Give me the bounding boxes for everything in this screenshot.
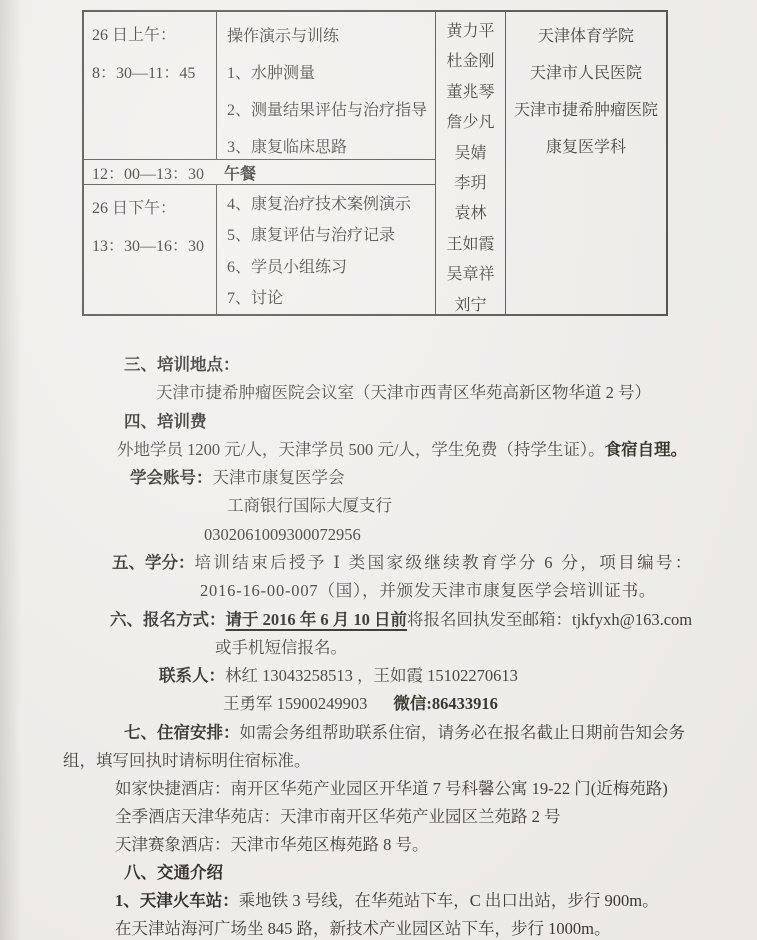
section7-heading: 七、住宿安排：如需会务组帮助联系住宿，请务必在报名截止日期前告知会务 — [124, 723, 685, 743]
lecturers-column: 黄力平 杜金刚 董兆琴 詹少凡 吴婧 李玥 袁林 王如霞 吴章祥 刘宁 — [435, 12, 506, 314]
afternoon-item: 6、学员小组练习 — [227, 252, 435, 283]
training-schedule-table: 26 日上午： 8：30—11：45 操作演示与训练 1、水肿测量 2、测量结果… — [82, 10, 668, 316]
registration-deadline: 请于 2016 年 6 月 10 日前 — [226, 610, 408, 629]
wechat-number: 微信:86433916 — [393, 694, 498, 713]
fee-text: 外地学员 1200 元/人，天津学员 500 元/人，学生免费（持学生证）。 — [117, 440, 605, 459]
contacts-line-1: 联系人：林红 13043258513 ，王如霞 15102270613 — [159, 666, 518, 686]
institution-name: 康复医学科 — [506, 129, 666, 166]
transport-line-2: 在天津站海河广场坐 845 路，新技术产业园区站下车，步行 1000m。 — [115, 919, 610, 939]
transport-line-1: 1、天津火车站：乘地铁 3 号线，在华苑站下车，C 出口出站，步行 900m。 — [115, 891, 659, 911]
registration-email-text: 将报名回执发至邮箱：tjkfyxh@163.com — [407, 610, 692, 629]
sms-registration-line: 或手机短信报名。 — [215, 638, 347, 658]
section6-title: 六、报名方式： — [110, 610, 226, 629]
account-number-line: 0302061009300072956 — [204, 525, 361, 545]
section6-heading: 六、报名方式：请于 2016 年 6 月 10 日前将报名回执发至邮箱：tjkf… — [110, 610, 692, 630]
contact-phones-2: 王勇军 15900249903 — [223, 694, 367, 713]
morning-hours: 8：30—11：45 — [92, 55, 216, 93]
morning-item: 操作演示与训练 — [227, 18, 435, 55]
lecturer-name: 李玥 — [436, 169, 505, 199]
lunch-hours: 12：00—13：30 — [84, 161, 217, 184]
contacts-label: 联系人： — [159, 666, 225, 685]
hotel-line-3: 天津赛象酒店：天津市华苑区梅苑路 8 号。 — [115, 835, 429, 855]
afternoon-item: 4、康复治疗技术案例演示 — [227, 189, 435, 220]
morning-items-cell: 操作演示与训练 1、水肿测量 2、测量结果评估与治疗指导 3、康复临床思路 — [217, 12, 435, 159]
bank-line: 工商银行国际大厦支行 — [227, 496, 392, 516]
lecturer-name: 董兆琴 — [436, 78, 505, 108]
scanned-document-page: 26 日上午： 8：30—11：45 操作演示与训练 1、水肿测量 2、测量结果… — [0, 0, 757, 940]
lecturer-name: 吴婧 — [436, 139, 505, 169]
section3-address: 天津市捷希肿瘤医院会议室（天津市西青区华苑高新区物华道 2 号） — [156, 383, 651, 403]
section3-heading: 三、培训地点： — [124, 355, 240, 375]
schedule-left-columns: 26 日上午： 8：30—11：45 操作演示与训练 1、水肿测量 2、测量结果… — [84, 12, 435, 314]
lodging-text-1: 如需会务组帮助联系住宿，请务必在报名截止日期前告知会务 — [240, 723, 686, 742]
institution-name: 天津市人民医院 — [506, 55, 666, 92]
section4-title: 四、培训费 — [124, 412, 207, 431]
contacts-line-2: 王勇军 15900249903微信:86433916 — [223, 694, 498, 714]
section4-fee-line: 外地学员 1200 元/人，天津学员 500 元/人，学生免费（持学生证）。食宿… — [117, 440, 687, 460]
lecturer-name: 黄力平 — [436, 17, 505, 47]
morning-date: 26 日上午： — [92, 17, 216, 55]
afternoon-items-cell: 4、康复治疗技术案例演示 5、康复评估与治疗记录 6、学员小组练习 7、讨论 — [217, 185, 435, 314]
section8-heading: 八、交通介绍 — [124, 863, 223, 883]
schedule-row-morning: 26 日上午： 8：30—11：45 操作演示与训练 1、水肿测量 2、测量结果… — [84, 12, 435, 160]
institution-name: 天津体育学院 — [506, 18, 666, 55]
contact-phones-1: 林红 13043258513 ，王如霞 15102270613 — [225, 666, 518, 685]
project-number-line: 2016-16-00-007（国），并颁发天津市康复医学会培训证书。 — [200, 581, 656, 601]
hotel-line-1: 如家快捷酒店：南开区华苑产业园区开华道 7 号科馨公寓 19-22 门(近梅苑路… — [115, 779, 668, 799]
railway-station-text: 乘地铁 3 号线，在华苑站下车，C 出口出站，步行 900m。 — [239, 891, 659, 910]
railway-station-label: 1、天津火车站： — [115, 891, 239, 910]
morning-item: 1、水肿测量 — [227, 55, 435, 92]
fee-note-bold: 食宿自理。 — [605, 440, 688, 459]
section8-title: 八、交通介绍 — [124, 863, 223, 882]
institutions-column: 天津体育学院 天津市人民医院 天津市捷希肿瘤医院 康复医学科 — [506, 12, 666, 314]
account-line: 学会账号：天津市康复医学会 — [130, 468, 345, 488]
lecturer-name: 吴章祥 — [436, 260, 505, 290]
section7-title: 七、住宿安排： — [124, 723, 240, 742]
credits-text: 培训结束后授予 Ⅰ 类国家级继续教育学分 6 分，项目编号： — [195, 553, 694, 572]
morning-item: 2、测量结果评估与治疗指导 — [227, 92, 435, 129]
lecturer-name: 詹少凡 — [436, 108, 505, 138]
morning-time-cell: 26 日上午： 8：30—11：45 — [84, 12, 217, 159]
lecturer-name: 王如霞 — [436, 230, 505, 260]
hotel-line-2: 全季酒店天津华苑店：天津市南开区华苑产业园区兰苑路 2 号 — [115, 807, 561, 827]
afternoon-hours: 13：30—16：30 — [92, 228, 216, 266]
account-label: 学会账号： — [130, 468, 213, 487]
lunch-label: 午餐 — [224, 161, 256, 184]
institution-name: 天津市捷希肿瘤医院 — [506, 92, 666, 129]
afternoon-item: 7、讨论 — [227, 283, 435, 314]
section5-heading: 五、学分：培训结束后授予 Ⅰ 类国家级继续教育学分 6 分，项目编号： — [112, 553, 694, 573]
afternoon-time-cell: 26 日下午： 13：30—16：30 — [84, 185, 217, 314]
section5-title: 五、学分： — [112, 553, 195, 572]
schedule-row-afternoon: 26 日下午： 13：30—16：30 4、康复治疗技术案例演示 5、康复评估与… — [84, 185, 435, 314]
lecturer-name: 袁林 — [436, 199, 505, 229]
afternoon-date: 26 日下午： — [92, 190, 216, 228]
section3-title: 三、培训地点： — [124, 355, 240, 374]
account-name: 天津市康复医学会 — [213, 468, 345, 487]
section4-heading: 四、培训费 — [124, 412, 207, 432]
afternoon-item: 5、康复评估与治疗记录 — [227, 220, 435, 251]
lodging-text-2: 组，填写回执时请标明住宿标准。 — [63, 751, 311, 771]
schedule-row-lunch: 12：00—13：30 午餐 — [84, 160, 435, 185]
lecturer-name: 杜金刚 — [436, 47, 505, 77]
lecturer-name: 刘宁 — [436, 291, 505, 321]
